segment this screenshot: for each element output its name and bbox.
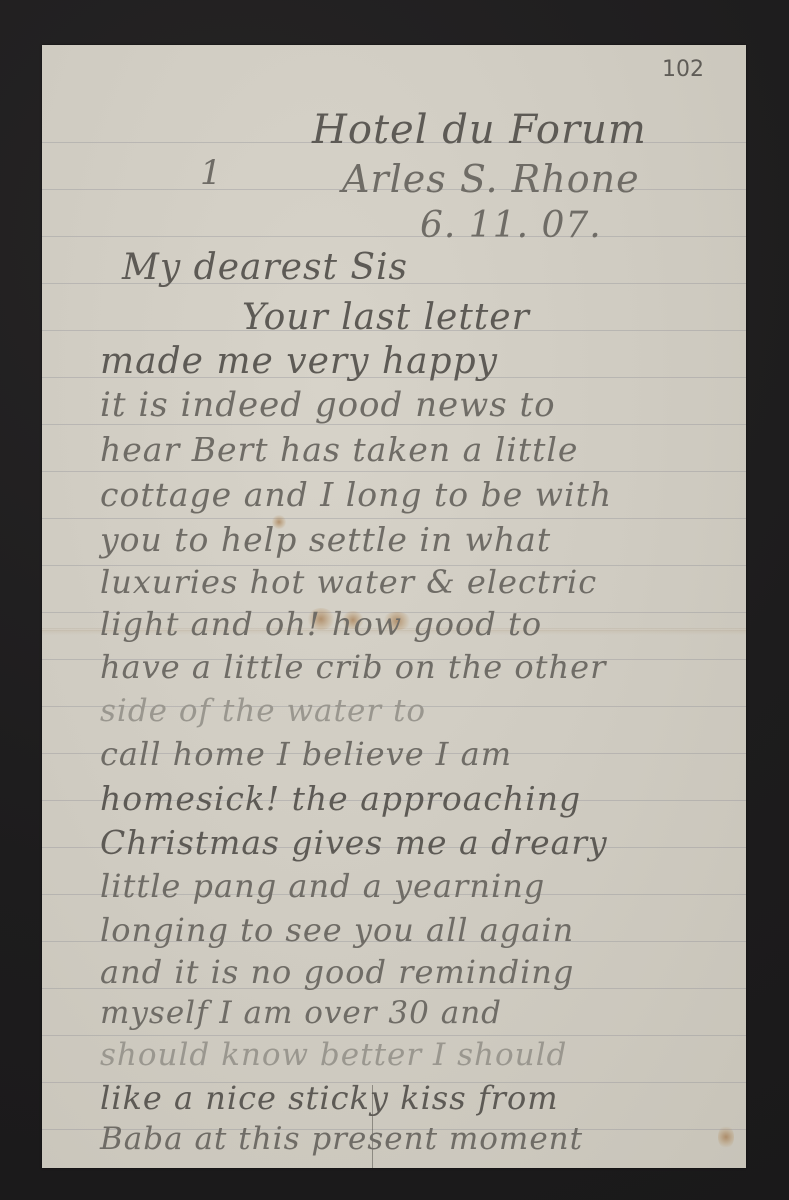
ruled-line <box>42 1035 746 1036</box>
body-line: homesick! the approaching <box>100 779 581 818</box>
body-line: side of the water to <box>100 693 426 729</box>
body-line: you to help settle in what <box>100 520 551 559</box>
letterhead-city: Arles S. Rhone <box>342 157 640 201</box>
page-marker: 1 <box>200 153 222 193</box>
body-line: hear Bert has taken a little <box>100 430 578 469</box>
body-line: luxuries hot water & electric <box>100 563 597 601</box>
body-line: myself I am over 30 and <box>100 995 502 1031</box>
body-line: Christmas gives me a dreary <box>100 823 608 862</box>
body-line: little pang and a yearning <box>100 867 545 905</box>
rust-stain <box>718 1125 734 1149</box>
salutation: My dearest Sis <box>122 247 408 288</box>
body-line: it is indeed good news to <box>100 385 556 425</box>
body-line: Your last letter <box>242 297 530 338</box>
body-line: light and oh! how good to <box>100 605 542 643</box>
body-line: like a nice sticky kiss from <box>100 1079 559 1117</box>
body-line: have a little crib on the other <box>100 648 606 686</box>
folio-number: 102 <box>662 57 704 82</box>
letterhead-hotel: Hotel du Forum <box>312 107 647 153</box>
ruled-line <box>42 518 746 519</box>
body-line: should know better I should <box>100 1037 567 1073</box>
body-line: cottage and I long to be with <box>100 475 612 514</box>
ruled-line <box>42 471 746 472</box>
ruled-line <box>42 236 746 237</box>
body-line: made me very happy <box>100 341 498 382</box>
body-line: call home I believe I am <box>100 735 512 773</box>
letter-page: 102 1 Hotel du Forum Arles S. Rhone 6. 1… <box>42 45 746 1168</box>
body-line: Baba at this present moment <box>100 1121 583 1157</box>
letter-date: 6. 11. 07. <box>420 205 602 246</box>
body-line: longing to see you all again <box>100 911 574 949</box>
body-line: and it is no good reminding <box>100 953 574 991</box>
